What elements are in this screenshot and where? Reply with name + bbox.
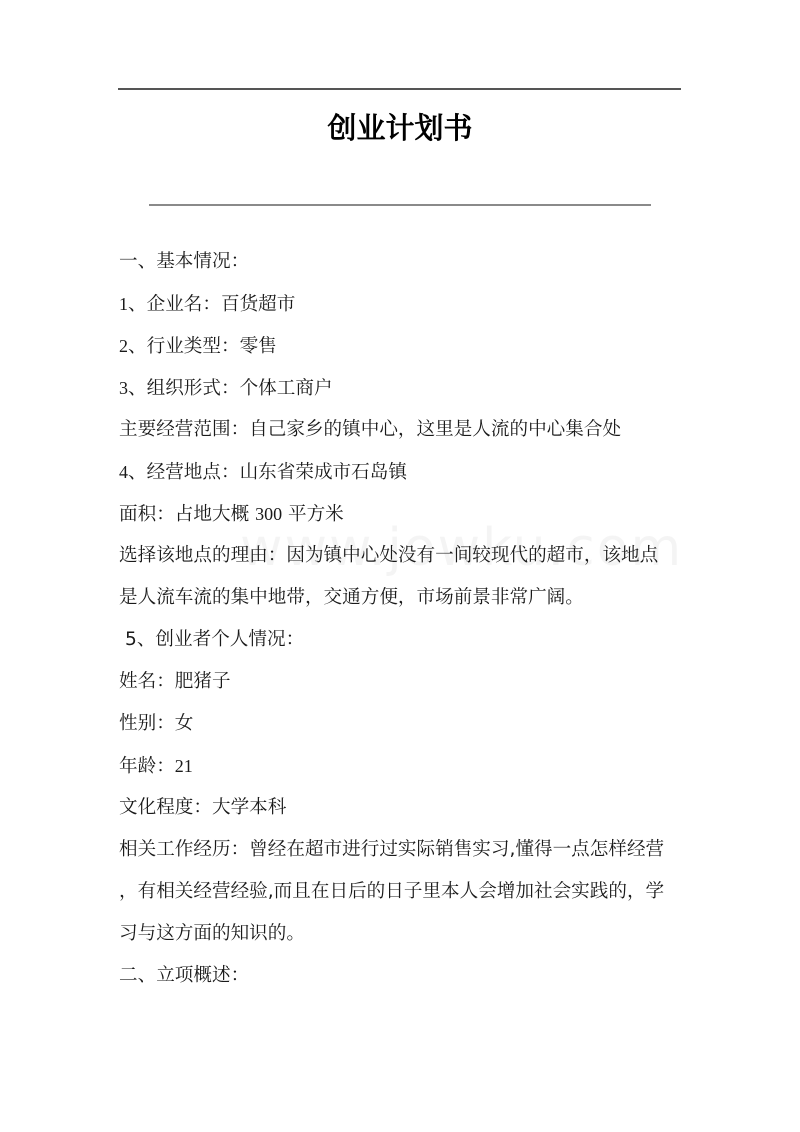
location-reason-line-1: 选择该地点的理由：因为镇中心处没有一间较现代的超市，该地点 — [119, 535, 689, 577]
org-form-text: 、组织形式：个体工商户 — [128, 378, 333, 399]
area-label: 面积：占地大概 — [119, 504, 255, 525]
item-number: 3 — [119, 378, 128, 398]
business-location-text: 、经营地点：山东省荣成市石岛镇 — [128, 462, 407, 483]
document-page: 创业计划书 www.jowku.com 一、基本情况： 1、企业名：百货超市 2… — [0, 0, 800, 1132]
work-experience-line-3: 习与这方面的知识的。 — [119, 913, 689, 955]
business-scope-line: 主要经营范围：自己家乡的镇中心，这里是人流的中心集合处 — [119, 409, 689, 451]
business-location-line: 4、经营地点：山东省荣成市石岛镇 — [119, 451, 689, 493]
age-label: 年龄： — [119, 756, 175, 777]
company-name-line: 1、企业名：百货超市 — [119, 283, 689, 325]
company-name-text: 、企业名：百货超市 — [128, 294, 295, 315]
area-unit: 平方米 — [282, 504, 344, 525]
founder-section-heading: 5、创业者个人情况： — [119, 619, 689, 661]
title-underline-rule — [149, 204, 651, 206]
founder-gender-line: 性别：女 — [119, 703, 689, 745]
section-heading-project-overview: 二、立项概述： — [119, 955, 689, 997]
work-experience-line-1: 相关工作经历：曾经在超市进行过实际销售实习,懂得一点怎样经营 — [119, 829, 689, 871]
item-number: 1 — [119, 294, 128, 314]
area-line: 面积：占地大概 300 平方米 — [119, 493, 689, 535]
item-number: 2 — [119, 336, 128, 356]
item-number: 4 — [119, 462, 128, 482]
location-reason-line-2: 是人流车流的集中地带，交通方便，市场前景非常广阔。 — [119, 577, 689, 619]
document-title: 创业计划书 — [0, 108, 800, 148]
area-value: 300 — [255, 504, 282, 524]
founder-education-line: 文化程度：大学本科 — [119, 787, 689, 829]
document-body: 一、基本情况： 1、企业名：百货超市 2、行业类型：零售 3、组织形式：个体工商… — [119, 241, 689, 997]
age-value: 21 — [175, 756, 193, 776]
work-experience-line-2: ，有相关经营经验,而且在日后的日子里本人会增加社会实践的，学 — [119, 871, 689, 913]
section-heading-basic-info: 一、基本情况： — [119, 241, 689, 283]
founder-name-line: 姓名：肥猪子 — [119, 661, 689, 703]
header-rule — [118, 88, 681, 90]
industry-type-text: 、行业类型：零售 — [128, 336, 277, 357]
org-form-line: 3、组织形式：个体工商户 — [119, 367, 689, 409]
founder-age-line: 年龄：21 — [119, 745, 689, 787]
industry-type-line: 2、行业类型：零售 — [119, 325, 689, 367]
